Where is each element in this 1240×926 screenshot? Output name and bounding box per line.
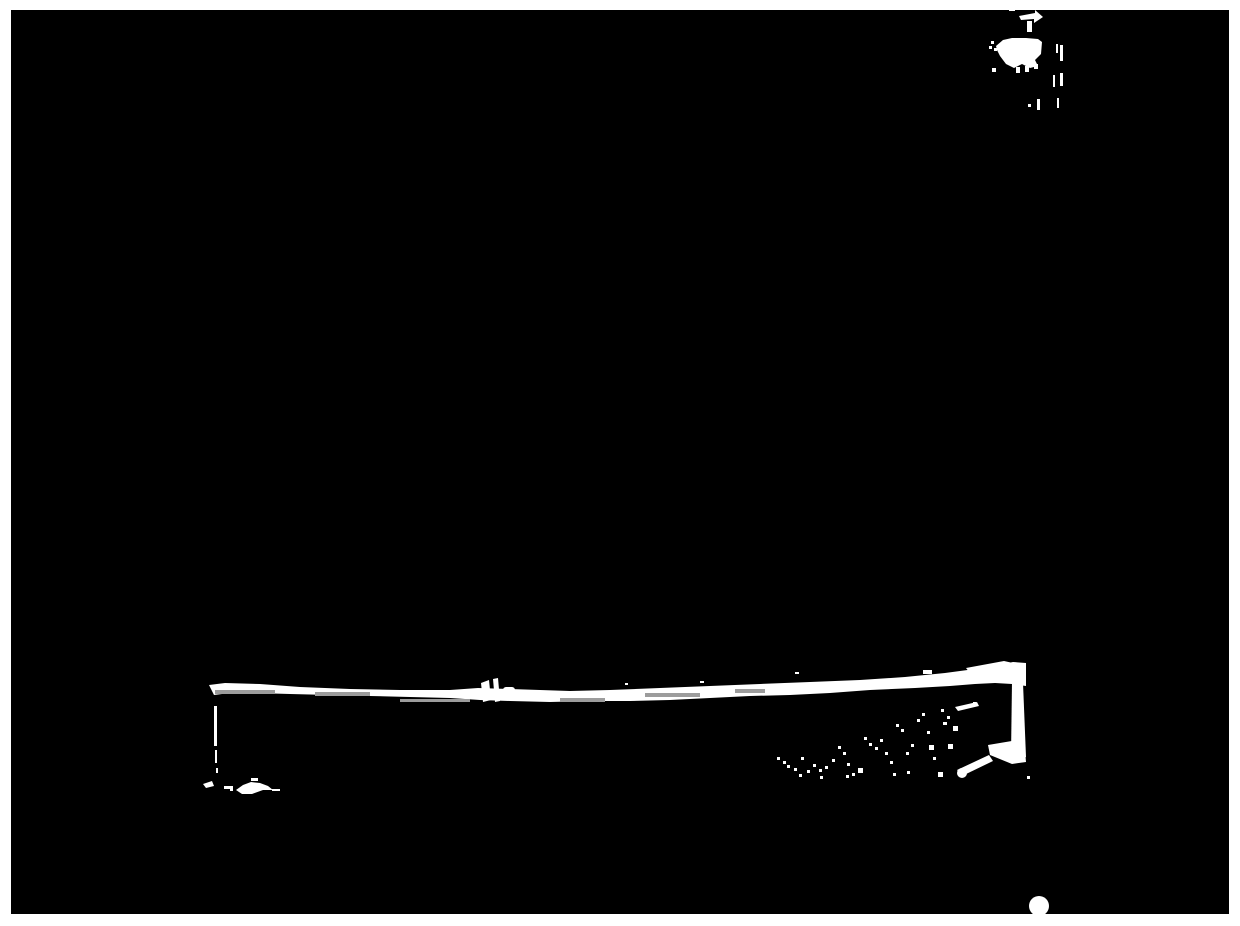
topright-arrow-stub <box>1027 21 1032 32</box>
photo-background <box>11 10 1229 914</box>
speck-above-band-1 <box>625 683 628 685</box>
topright-lone-dot <box>992 68 996 72</box>
topright-descender-3 <box>1034 64 1038 69</box>
band-gray-patch-5 <box>645 693 700 697</box>
shadow-dash-mid <box>224 786 233 789</box>
topright-dash-6 <box>1037 99 1040 110</box>
figure-page <box>0 0 1240 926</box>
speck-above-band-2 <box>700 681 704 683</box>
band-gray-patch-1 <box>215 690 275 694</box>
gauge-blob <box>503 687 515 699</box>
topright-dash-1 <box>1056 44 1058 53</box>
topright-dash-4 <box>1060 73 1063 86</box>
topright-descender-2 <box>1025 66 1029 72</box>
left-post-line-lower <box>215 750 217 763</box>
strip-top-speck <box>973 702 976 705</box>
band-gray-patch-4 <box>560 698 605 702</box>
right-small-blob <box>957 768 967 778</box>
topright-dash-dot <box>1028 104 1031 107</box>
topright-speck-2 <box>1023 7 1027 9</box>
left-post-dot <box>216 768 218 773</box>
floating-speck-a <box>923 670 932 674</box>
topright-speck-1 <box>1009 8 1015 11</box>
speck-above-band-3 <box>795 672 799 674</box>
band-gray-patch-6 <box>735 689 765 693</box>
bottom-light-blob <box>1029 896 1049 916</box>
topright-dash-3 <box>1053 75 1055 87</box>
right-corner-speck <box>1027 776 1030 779</box>
topright-dash-5 <box>1057 98 1059 108</box>
band-gray-patch-3 <box>400 699 470 702</box>
shadow-tail <box>272 789 280 791</box>
shadow-mark-upper <box>251 778 258 781</box>
topright-dash-2 <box>1060 45 1063 61</box>
band-gray-patch-2 <box>315 692 370 696</box>
topright-descender-1 <box>1016 67 1020 73</box>
binarized-photo-figure <box>0 0 1240 926</box>
left-post-line-upper <box>214 706 217 746</box>
shadow-speck <box>230 789 233 791</box>
